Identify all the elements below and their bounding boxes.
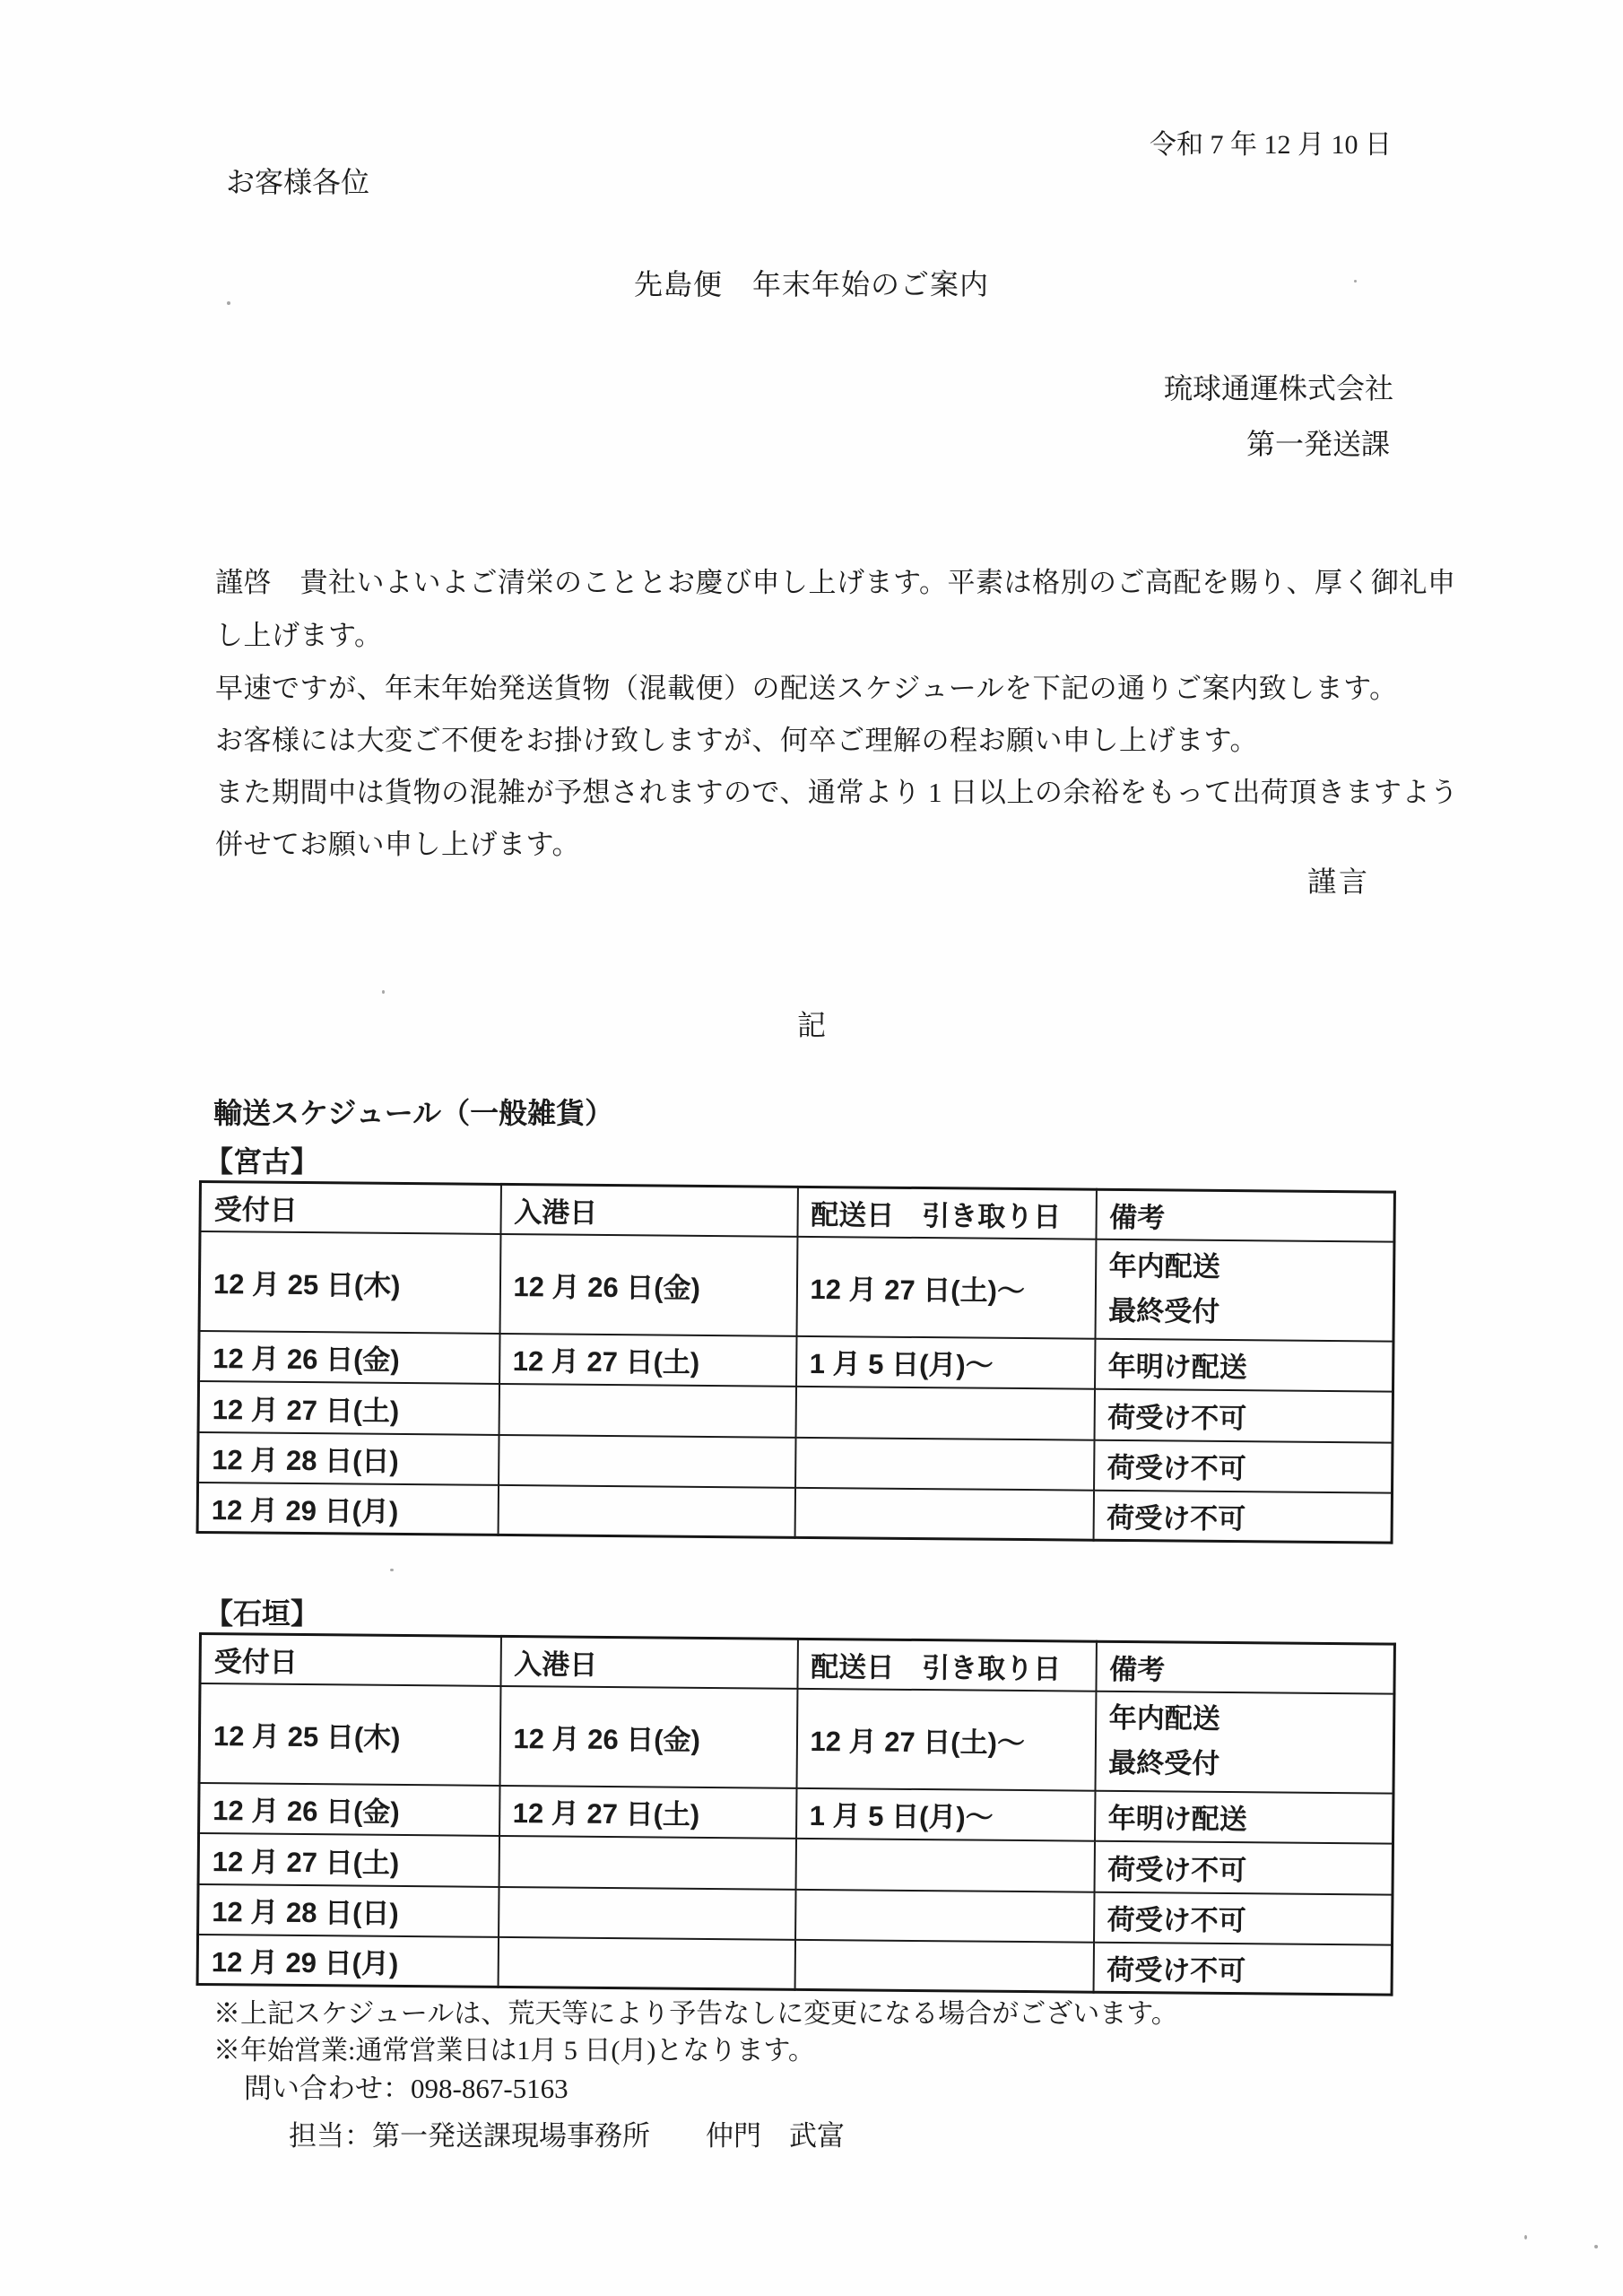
scan-speck bbox=[227, 301, 230, 305]
document-title: 先島便 年末年始のご案内 bbox=[0, 262, 1623, 303]
table-row: 12 月 25 日(木) 12 月 26 日(金) 12 月 27 日(土)～ … bbox=[199, 1683, 1394, 1794]
contact-phone-line: 問い合わせ：098-867-5163 bbox=[244, 2066, 568, 2106]
col-header-reception: 受付日 bbox=[200, 1634, 500, 1686]
remarks-cell: 年明け配送 bbox=[1095, 1790, 1393, 1843]
scan-speck bbox=[382, 990, 385, 994]
remark-line: 最終受付 bbox=[1108, 1741, 1393, 1788]
ishigaki-table-label: 【石垣】 bbox=[204, 1591, 319, 1632]
scan-speck bbox=[390, 1569, 394, 1571]
table-row: 12 月 25 日(木) 12 月 26 日(金) 12 月 27 日(土)～ … bbox=[199, 1231, 1394, 1342]
remarks-cell: 荷受け不可 bbox=[1094, 1388, 1393, 1442]
schedule-heading: 輸送スケジュール（一般雑貨） bbox=[213, 1091, 613, 1132]
col-header-remarks: 備考 bbox=[1096, 1641, 1394, 1693]
reception-date-cell: 12 月 29 日(月) bbox=[197, 1483, 498, 1535]
arrival-date-cell bbox=[499, 1383, 795, 1437]
miyako-schedule-table: 受付日 入港日 配送日 引き取り日 備考 12 月 25 日(木) 12 月 2… bbox=[196, 1180, 1396, 1544]
schedule-note: ※上記スケジュールは、荒天等により予告なしに変更になる場合がございます。 bbox=[213, 1991, 1178, 2031]
sender-department: 第一発送課 bbox=[1246, 422, 1390, 463]
delivery-date-cell: 12 月 27 日(土)～ bbox=[796, 1688, 1096, 1790]
remark-line: 年内配送 bbox=[1108, 1696, 1393, 1744]
col-header-remarks: 備考 bbox=[1096, 1189, 1394, 1241]
reception-date-cell: 12 月 28 日(日) bbox=[198, 1432, 499, 1485]
arrival-date-cell bbox=[498, 1484, 794, 1537]
col-header-arrival: 入港日 bbox=[500, 1184, 797, 1236]
new-year-business-note: ※年始営業:通常営業日は1月 5 日(月)となります。 bbox=[213, 2028, 815, 2067]
remarks-cell: 荷受け不可 bbox=[1093, 1942, 1392, 1995]
body-line: 併せてお願い申し上げます。 bbox=[215, 822, 580, 862]
reception-date-cell: 12 月 27 日(土) bbox=[198, 1381, 499, 1435]
body-line: 謹啓 貴社いよいよご清栄のこととお慶び申し上げます。平素は格別のご高配を賜り、厚… bbox=[215, 560, 1456, 600]
reception-date-cell: 12 月 26 日(金) bbox=[199, 1783, 499, 1836]
ishigaki-schedule-table: 受付日 入港日 配送日 引き取り日 備考 12 月 25 日(木) 12 月 2… bbox=[196, 1632, 1396, 1996]
reception-date-cell: 12 月 29 日(月) bbox=[197, 1935, 498, 1987]
scanned-letter-page: 令和 7 年 12 月 10 日 お客様各位 先島便 年末年始のご案内 琉球通運… bbox=[0, 0, 1623, 2296]
remarks-cell: 年明け配送 bbox=[1095, 1338, 1393, 1391]
remark-line: 年内配送 bbox=[1108, 1244, 1393, 1291]
reception-date-cell: 12 月 27 日(土) bbox=[198, 1833, 499, 1887]
remarks-cell: 荷受け不可 bbox=[1093, 1490, 1392, 1543]
arrival-date-cell bbox=[499, 1434, 795, 1487]
remarks-cell: 年内配送 最終受付 bbox=[1095, 1239, 1394, 1341]
arrival-date-cell bbox=[499, 1835, 795, 1889]
body-line: お客様には大変ご不便をお掛け致しますが、何卒ご理解の程お願い申し上げます。 bbox=[215, 717, 1258, 758]
remarks-cell: 荷受け不可 bbox=[1094, 1439, 1393, 1492]
col-header-delivery: 配送日 引き取り日 bbox=[797, 1639, 1096, 1691]
delivery-date-cell bbox=[794, 1939, 1093, 1992]
delivery-date-cell: 12 月 27 日(土)～ bbox=[796, 1236, 1096, 1338]
body-line: し上げます。 bbox=[215, 613, 383, 653]
recipient-line: お客様各位 bbox=[226, 160, 369, 201]
body-line: また期間中は貨物の混雑が予想されますので、通常より 1 日以上の余裕をもって出荷… bbox=[215, 770, 1458, 810]
body-line: 早速ですが、年末年始発送貨物（混載便）の配送スケジュールを下記の通りご案内致しま… bbox=[215, 665, 1398, 706]
remarks-cell: 年内配送 最終受付 bbox=[1095, 1691, 1394, 1793]
col-header-reception: 受付日 bbox=[200, 1182, 500, 1234]
reception-date-cell: 12 月 28 日(日) bbox=[198, 1884, 499, 1937]
delivery-date-cell bbox=[794, 1487, 1093, 1540]
arrival-date-cell bbox=[498, 1936, 794, 1989]
delivery-date-cell: 1 月 5 日(月)～ bbox=[796, 1335, 1095, 1388]
closing-word: 謹言 bbox=[1307, 859, 1370, 900]
miyako-table-label: 【宮古】 bbox=[204, 1139, 319, 1180]
remark-line: 最終受付 bbox=[1108, 1289, 1393, 1336]
arrival-date-cell: 12 月 26 日(金) bbox=[499, 1685, 797, 1787]
arrival-date-cell bbox=[499, 1886, 795, 1939]
arrival-date-cell: 12 月 27 日(土) bbox=[499, 1785, 796, 1838]
delivery-date-cell bbox=[795, 1838, 1094, 1892]
scan-speck bbox=[1354, 280, 1357, 283]
reception-date-cell: 12 月 26 日(金) bbox=[199, 1331, 499, 1384]
scan-speck bbox=[1524, 2235, 1527, 2239]
table-row: 12 月 29 日(月) 荷受け不可 bbox=[197, 1483, 1392, 1544]
person-in-charge-line: 担当：第一発送課現場事務所 仲門 武富 bbox=[289, 2113, 845, 2153]
arrival-date-cell: 12 月 26 日(金) bbox=[499, 1233, 797, 1335]
reception-date-cell: 12 月 25 日(木) bbox=[199, 1231, 500, 1334]
record-marker: 記 bbox=[0, 1003, 1623, 1044]
sender-company: 琉球通運株式会社 bbox=[1164, 366, 1393, 407]
col-header-delivery: 配送日 引き取り日 bbox=[797, 1187, 1096, 1239]
table-row: 12 月 29 日(月) 荷受け不可 bbox=[197, 1935, 1392, 1996]
issue-date: 令和 7 年 12 月 10 日 bbox=[1150, 122, 1392, 161]
arrival-date-cell: 12 月 27 日(土) bbox=[499, 1333, 796, 1386]
scan-speck bbox=[1594, 2245, 1598, 2248]
delivery-date-cell bbox=[795, 1889, 1094, 1942]
delivery-date-cell: 1 月 5 日(月)～ bbox=[796, 1787, 1095, 1840]
col-header-arrival: 入港日 bbox=[500, 1636, 797, 1688]
remarks-cell: 荷受け不可 bbox=[1094, 1892, 1393, 1944]
delivery-date-cell bbox=[795, 1437, 1094, 1490]
delivery-date-cell bbox=[795, 1386, 1094, 1439]
remarks-cell: 荷受け不可 bbox=[1094, 1840, 1393, 1894]
reception-date-cell: 12 月 25 日(木) bbox=[199, 1683, 500, 1786]
